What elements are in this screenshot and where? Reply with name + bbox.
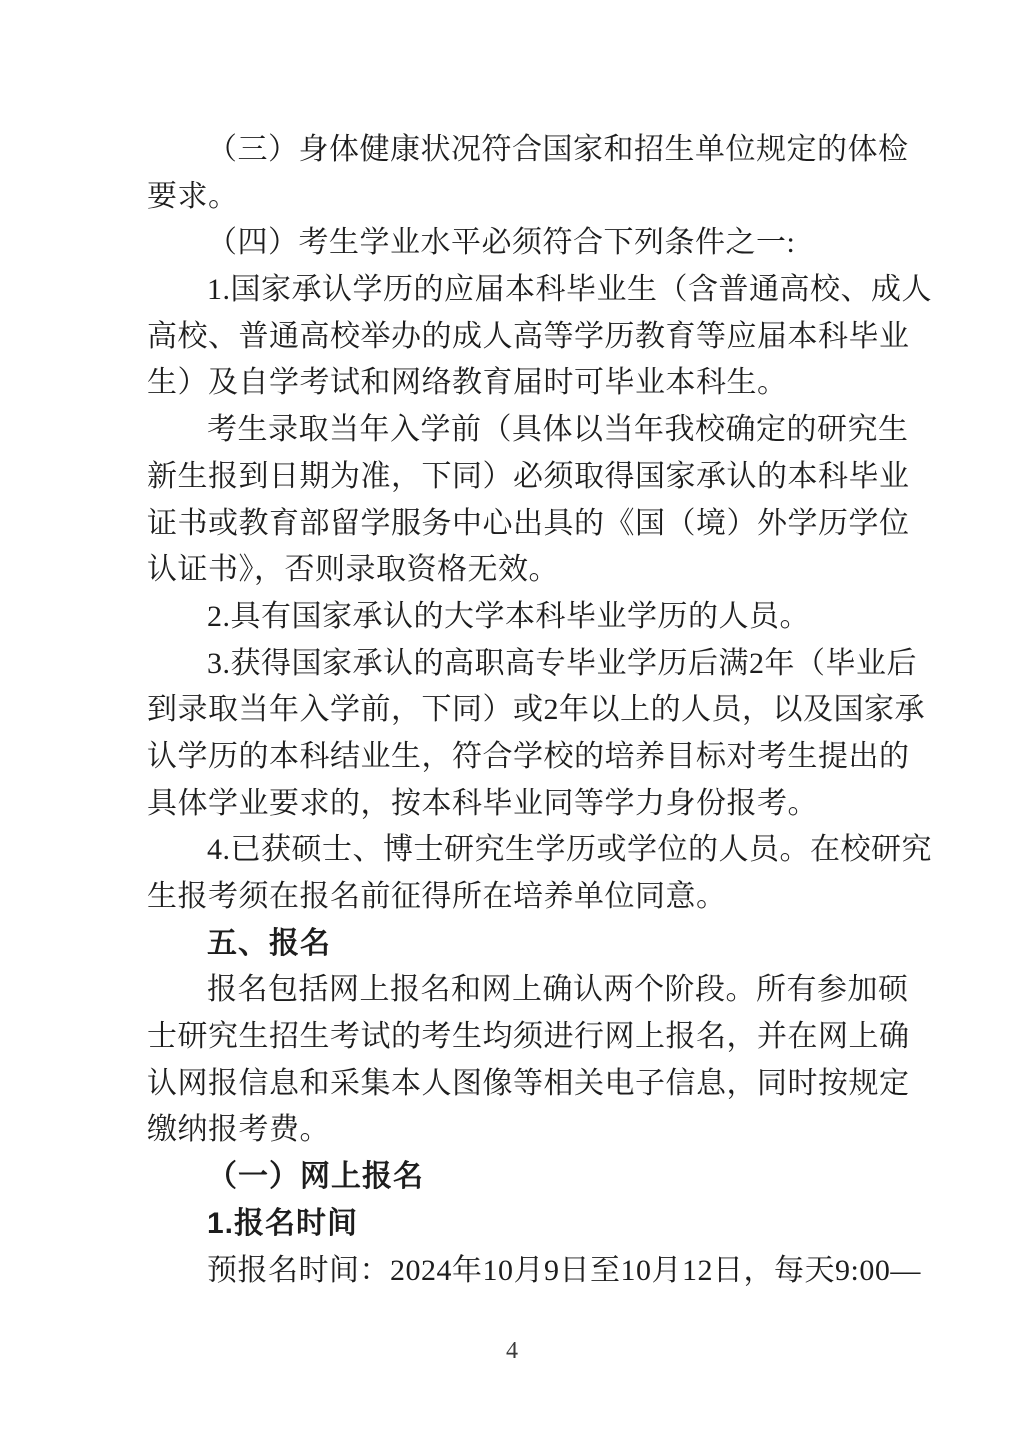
text-line: 生报考须在报名前征得所在培养单位同意。 <box>147 874 875 921</box>
text-line: 认学历的本科结业生，符合学校的培养目标对考生提出的 <box>147 734 875 781</box>
text-line: 1.国家承认学历的应届本科毕业生（含普通高校、成人 <box>147 267 875 314</box>
text-line: （三）身体健康状况符合国家和招生单位规定的体检 <box>147 127 875 174</box>
text-line: 生）及自学考试和网络教育届时可毕业本科生。 <box>147 360 875 407</box>
text-line: 4.已获硕士、博士研究生学历或学位的人员。在校研究 <box>147 827 875 874</box>
text-line: 考生录取当年入学前（具体以当年我校确定的研究生 <box>147 407 875 454</box>
text-line: 预报名时间：2024年10月9日至10月12日，每天9:00— <box>147 1248 875 1295</box>
heading-line: 1.报名时间 <box>147 1201 875 1248</box>
text-line: 新生报到日期为准，下同）必须取得国家承认的本科毕业 <box>147 454 875 501</box>
text-line: 认网报信息和采集本人图像等相关电子信息，同时按规定 <box>147 1061 875 1108</box>
text-line: 要求。 <box>147 174 875 221</box>
text-line: 证书或教育部留学服务中心出具的《国（境）外学历学位 <box>147 501 875 548</box>
heading-line: 五、报名 <box>147 921 875 968</box>
text-line: 报名包括网上报名和网上确认两个阶段。所有参加硕 <box>147 967 875 1014</box>
text-line: 士研究生招生考试的考生均须进行网上报名，并在网上确 <box>147 1014 875 1061</box>
text-line: 3.获得国家承认的高职高专毕业学历后满2年（毕业后 <box>147 641 875 688</box>
text-line: 认证书》，否则录取资格无效。 <box>147 547 875 594</box>
text-line: 到录取当年入学前，下同）或2年以上的人员，以及国家承 <box>147 687 875 734</box>
page-number: 4 <box>0 1338 1024 1365</box>
text-line: 高校、普通高校举办的成人高等学历教育等应届本科毕业 <box>147 314 875 361</box>
text-line: 缴纳报考费。 <box>147 1107 875 1154</box>
heading-line: （一）网上报名 <box>147 1154 875 1201</box>
text-line: 2.具有国家承认的大学本科毕业学历的人员。 <box>147 594 875 641</box>
document-content: （三）身体健康状况符合国家和招生单位规定的体检要求。（四）考生学业水平必须符合下… <box>147 127 875 1294</box>
text-line: 具体学业要求的，按本科毕业同等学力身份报考。 <box>147 781 875 828</box>
text-line: （四）考生学业水平必须符合下列条件之一: <box>147 220 875 267</box>
document-page: （三）身体健康状况符合国家和招生单位规定的体检要求。（四）考生学业水平必须符合下… <box>0 0 1024 1448</box>
